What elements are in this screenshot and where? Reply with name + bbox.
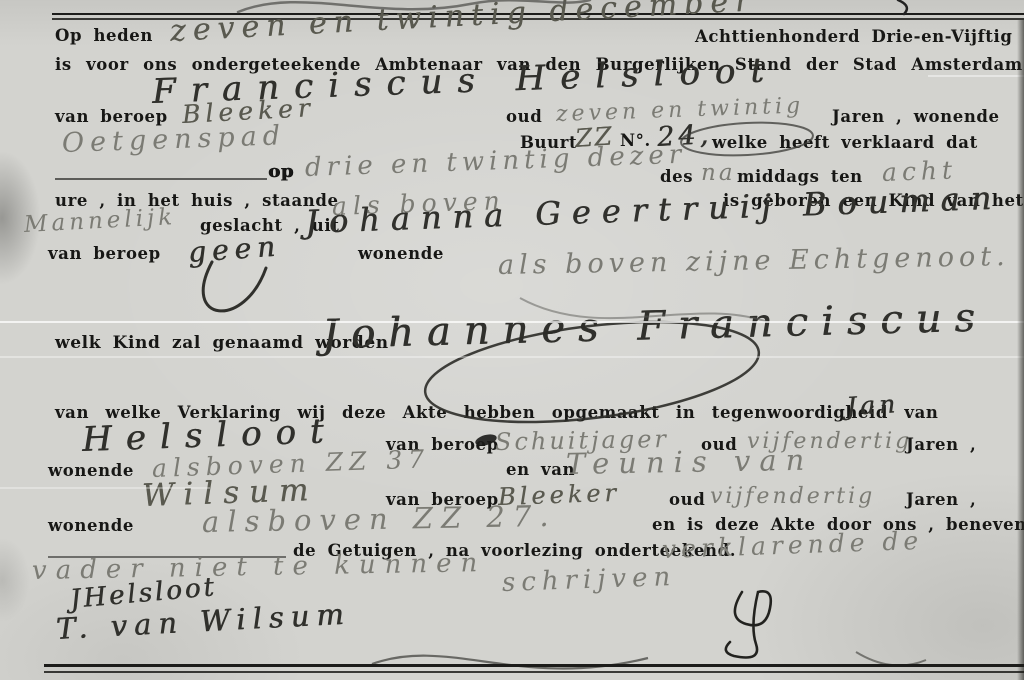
scanned-birth-record: Op heden zeven en twintig december Achtt…: [0, 0, 1024, 680]
handwritten-witness2-age: vijfendertig: [710, 484, 875, 509]
printed-en-van: en van: [506, 460, 575, 479]
printed-jaren-3: Jaren ,: [906, 490, 976, 509]
handwritten-closing-note-2: vader niet te kunnen: [32, 548, 487, 586]
handwritten-date: zeven en twintig december: [169, 0, 757, 49]
printed-welke-heeft: welke heeft verklaard dat: [712, 133, 978, 152]
handwritten-gender: Mannelijk: [23, 204, 176, 238]
handwritten-witness2-residence: alsboven ZZ 27.: [202, 499, 557, 539]
printed-wonende-2: wonende: [358, 244, 444, 263]
handwritten-witness1-first: Jan: [845, 389, 899, 421]
fold-streak-4: [0, 487, 210, 489]
blank-line-rule-1: [55, 178, 267, 180]
top-right-mark: [898, 0, 907, 14]
printed-van-beroep-2: van beroep: [48, 244, 161, 263]
printed-oud-1: oud: [506, 107, 542, 126]
printed-year: Achttienhonderd Drie-en-Vijftig ,: [695, 27, 1024, 46]
handwritten-mother-occupation: geen: [187, 230, 282, 269]
handwritten-child-name: Johannes Franciscus: [321, 295, 988, 358]
handwritten-mother-name: Johanna Geertruij Bouman: [304, 179, 1002, 241]
page-edge-shadow: [1017, 20, 1024, 680]
bottom-rule-lower: [44, 671, 1024, 673]
geen-descender-loop: [203, 262, 266, 311]
printed-op-heden: Op heden: [55, 26, 153, 45]
bottom-flourish: [372, 656, 648, 669]
handwritten-mother-residence: als boven zijne Echtgenoot.: [498, 241, 1010, 281]
registrar-paraph-flourish: [726, 591, 771, 657]
printed-op: op: [268, 161, 294, 182]
printed-jaren-2: Jaren ,: [906, 435, 976, 454]
printed-jaren-wonende: Jaren , wonende: [832, 107, 1000, 126]
printed-wonende-3: wonende: [48, 461, 134, 480]
handwritten-closing-note-3: schrijven: [501, 562, 676, 598]
handwritten-birth-day: drie en twintig dezer: [304, 140, 686, 183]
fold-streak-3: [928, 75, 1024, 77]
printed-des: des: [660, 167, 693, 186]
fold-streak-1: [0, 321, 1024, 323]
fold-streak-2: [0, 356, 1024, 358]
printed-oud-3: oud: [669, 490, 705, 509]
bottom-rule-upper: [44, 664, 1024, 667]
handwritten-address: Oetgenspad: [61, 120, 286, 159]
handwritten-daypart: na: [701, 160, 736, 186]
printed-wonende-4: wonende: [48, 516, 134, 535]
handwritten-witness2-first: Teunis van: [566, 443, 814, 481]
printed-van-beroep-1: van beroep: [55, 107, 168, 126]
